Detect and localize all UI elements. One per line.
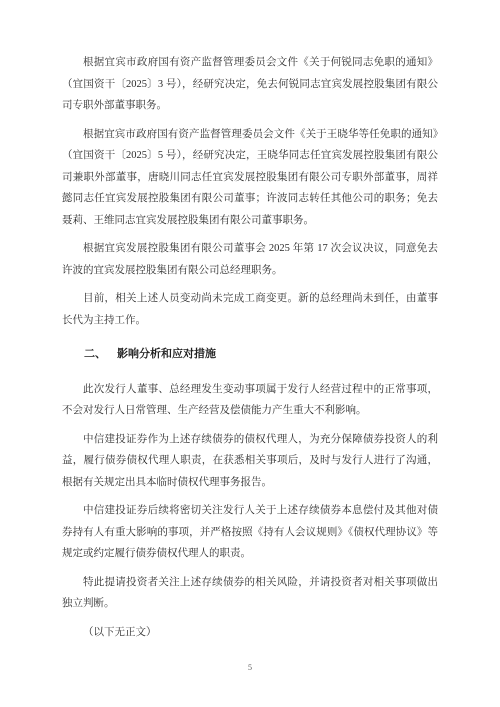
paragraph: 根据宜宾市政府国有资产监督管理委员会文件《关于王晓华等任免职的通知》（宜国资干〔… bbox=[62, 124, 438, 232]
closing-note: （以下无正文） bbox=[62, 622, 438, 644]
paragraph: 中信建投证券作为上述存续债券的债权代理人，为充分保障债券投资人的利益，履行债券债… bbox=[62, 429, 438, 494]
paragraph: 此次发行人董事、总经理发生变动事项属于发行人经营过程中的正常事项，不会对发行人日… bbox=[62, 379, 438, 422]
paragraph: 根据宜宾市政府国有资产监督管理委员会文件《关于何锐同志免职的通知》（宜国资干〔2… bbox=[62, 52, 438, 117]
section-heading-number: 二、 bbox=[84, 348, 106, 360]
section-heading: 二、影响分析和应对措施 bbox=[62, 344, 438, 366]
section-heading-title: 影响分析和应对措施 bbox=[117, 348, 216, 360]
document-body: 根据宜宾市政府国有资产监督管理委员会文件《关于何锐同志免职的通知》（宜国资干〔2… bbox=[62, 52, 438, 650]
page-footer: 5 bbox=[0, 657, 500, 675]
paragraph: 中信建投证券后续将密切关注发行人关于上述存续债券本息偿付及其他对债券持有人有重大… bbox=[62, 500, 438, 565]
document-page: 根据宜宾市政府国有资产监督管理委员会文件《关于何锐同志免职的通知》（宜国资干〔2… bbox=[0, 0, 500, 707]
paragraph: 目前，相关上述人员变动尚未完成工商变更。新的总经理尚未到任，由董事长代为主持工作… bbox=[62, 288, 438, 331]
paragraph: 根据宜宾发展控股集团有限公司董事会 2025 年第 17 次会议决议，同意免去许… bbox=[62, 238, 438, 281]
page-number: 5 bbox=[248, 663, 252, 672]
paragraph: 特此提请投资者关注上述存续债券的相关风险，并请投资者对相关事项做出独立判断。 bbox=[62, 572, 438, 615]
